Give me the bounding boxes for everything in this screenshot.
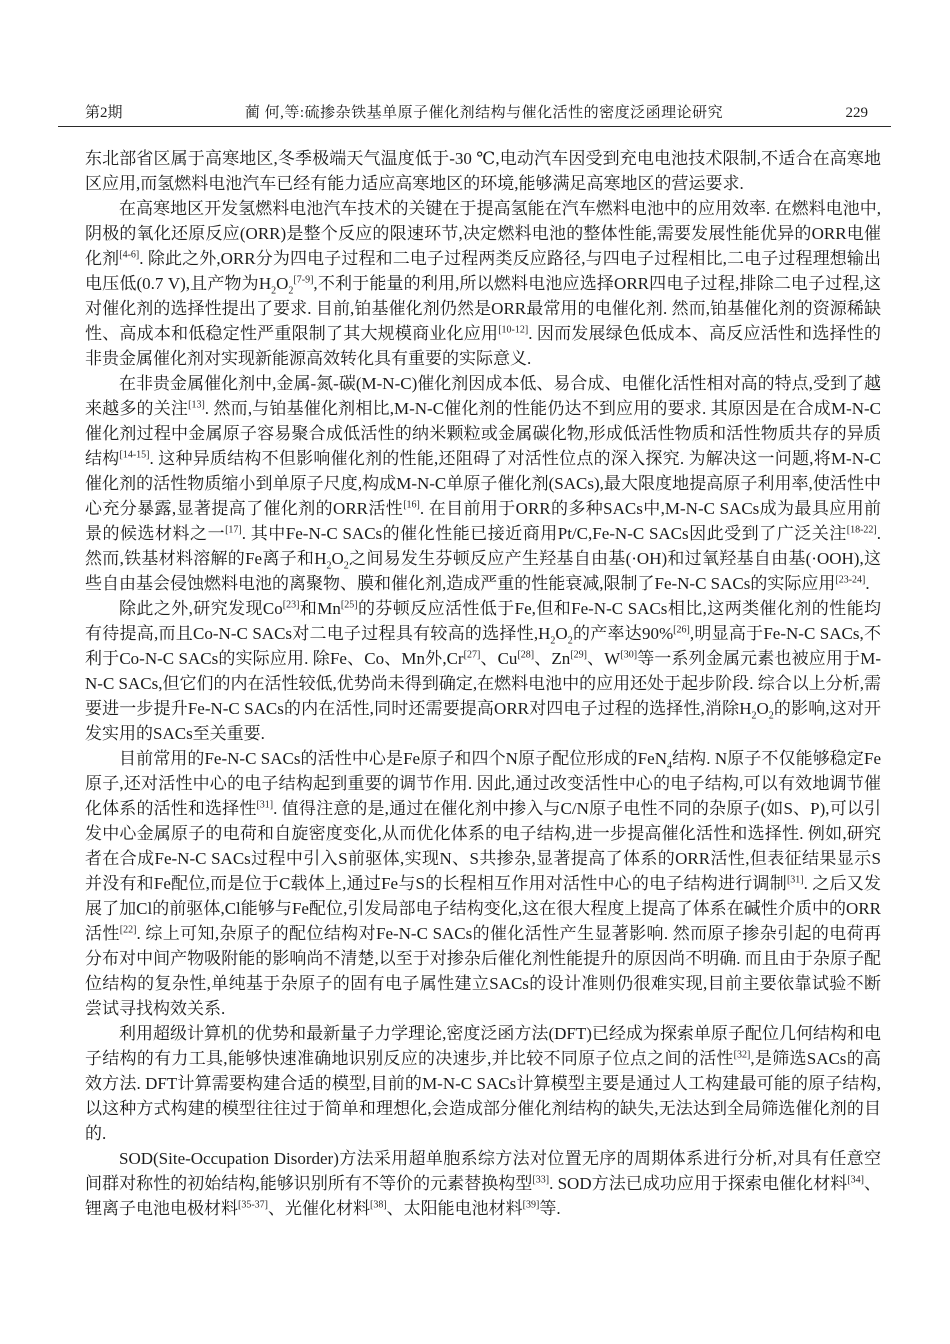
citation-ref: [25] <box>341 599 358 610</box>
citation-ref: [33] <box>532 1174 549 1185</box>
page-header: 第2期 蔺 何,等:硫掺杂铁基单原子催化剂结构与催化活性的密度泛函理论研究 22… <box>85 101 868 122</box>
journal-page: 第2期 蔺 何,等:硫掺杂铁基单原子催化剂结构与催化活性的密度泛函理论研究 22… <box>0 0 950 1344</box>
citation-ref: [30] <box>620 649 637 660</box>
chemical-subscript: 2 <box>344 560 349 571</box>
citation-ref: [35-37] <box>238 1199 268 1210</box>
citation-ref: [17] <box>225 524 242 535</box>
citation-ref: [31] <box>787 874 804 885</box>
citation-ref: [27] <box>464 649 481 660</box>
citation-ref: [29] <box>570 649 587 660</box>
citation-ref: [26] <box>673 624 690 635</box>
citation-ref: [38] <box>370 1199 387 1210</box>
citation-ref: [4-6] <box>119 249 139 260</box>
citation-ref: [31] <box>256 799 273 810</box>
chemical-subscript: 2 <box>326 560 331 571</box>
citation-ref: [16] <box>403 499 420 510</box>
citation-ref: [23] <box>283 599 300 610</box>
running-title: 蔺 何,等:硫掺杂铁基单原子催化剂结构与催化活性的密度泛函理论研究 <box>123 101 846 122</box>
paragraph: 在高寒地区开发氢燃料电池汽车技术的关键在于提高氢能在汽车燃料电池中的应用效率. … <box>85 196 881 371</box>
citation-ref: [32] <box>734 1049 751 1060</box>
citation-ref: [39] <box>523 1199 540 1210</box>
citation-ref: [34] <box>847 1174 864 1185</box>
citation-ref: [18-22] <box>847 524 877 535</box>
chemical-subscript: 4 <box>667 760 672 771</box>
page-body: 东北部省区属于高寒地区,冬季极端天气温度低于-30 ℃,电动汽车因受到充电电池技… <box>85 146 881 1221</box>
chemical-subscript: 2 <box>769 710 774 721</box>
paragraph: SOD(Site-Occupation Disorder)方法采用超单胞系综方法… <box>85 1146 881 1221</box>
chemical-subscript: 2 <box>752 710 757 721</box>
citation-ref: [22] <box>120 924 137 935</box>
header-rule <box>58 126 891 127</box>
citation-ref: [10-12] <box>498 324 528 335</box>
paragraph: 东北部省区属于高寒地区,冬季极端天气温度低于-30 ℃,电动汽车因受到充电电池技… <box>85 146 881 196</box>
paragraph: 除此之外,研究发现Co[23]和Mn[25]的芬顿反应活性低于Fe,但和Fe-N… <box>85 596 881 746</box>
paragraph: 在非贵金属催化剂中,金属-氮-碳(M-N-C)催化剂因成本低、易合成、电催化活性… <box>85 371 881 596</box>
paragraph: 利用超级计算机的优势和最新量子力学理论,密度泛函方法(DFT)已经成为探索单原子… <box>85 1021 881 1146</box>
page-number: 229 <box>846 105 869 122</box>
citation-ref: [7-9] <box>293 274 313 285</box>
chemical-subscript: 2 <box>550 635 555 646</box>
chemical-subscript: 2 <box>288 285 293 296</box>
chemical-subscript: 2 <box>271 285 276 296</box>
paragraph: 目前常用的Fe-N-C SACs的活性中心是Fe原子和四个N原子配位形成的FeN… <box>85 746 881 1021</box>
issue-label: 第2期 <box>85 101 123 122</box>
chemical-subscript: 2 <box>568 635 573 646</box>
citation-ref: [14-15] <box>119 449 149 460</box>
citation-ref: [13] <box>188 399 205 410</box>
citation-ref: [28] <box>517 649 534 660</box>
citation-ref: [23-24] <box>835 574 865 585</box>
